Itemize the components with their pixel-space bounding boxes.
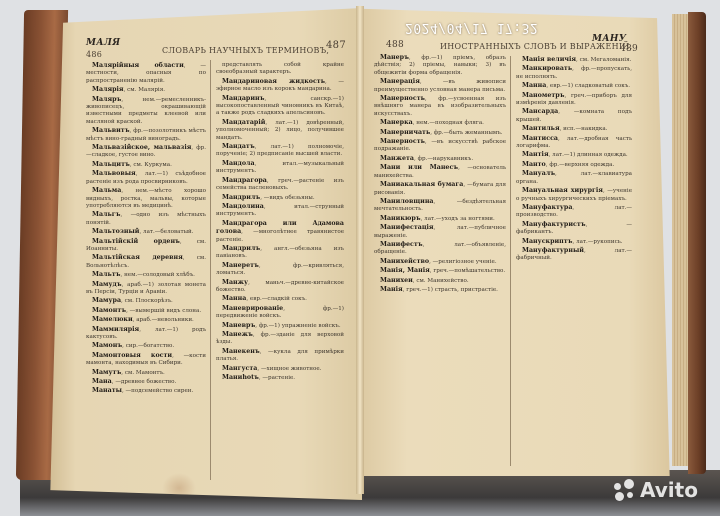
entry-definition: араб.—невольники.: [136, 317, 194, 323]
entry-definition: см. Малярія.: [127, 87, 165, 93]
entry-headword: Маневрированіе: [222, 305, 283, 312]
entry-headword: Мандрилъ: [222, 194, 260, 201]
entry-definition: нем.—походная фляга.: [416, 120, 484, 126]
running-word-right: МАНУ: [592, 34, 626, 44]
dictionary-entry: Манія величія, см. Мегаломанія.: [516, 56, 632, 64]
entry-headword: Манифестація: [380, 224, 434, 231]
entry-headword: Мальцитъ: [92, 161, 130, 168]
entry-headword: Манихейство: [380, 258, 429, 265]
dictionary-entry: Манаты, —подсемейство сирен.: [86, 387, 206, 395]
dictionary-entry: Мандола, итал.—музыкальный инструментъ.: [216, 160, 344, 176]
entry-headword: Мамелюки: [92, 316, 133, 323]
dictionary-entry: Мани или Манесъ, —основатель манихейства…: [374, 164, 506, 180]
dictionary-entry: Мануфактурный, лат.—фабричный.: [516, 247, 632, 263]
entry-headword: Манжу: [222, 279, 248, 286]
dictionary-entry: Манія, Манія, греч.—помѣшательство.: [374, 267, 506, 275]
left-page-column-1: Малярійныя области, —местности, опасныя …: [86, 62, 206, 397]
dictionary-entry: Мамонтъ, —вымершій видъ слона.: [86, 307, 206, 315]
book-binding-right: [688, 12, 706, 474]
dictionary-entry: Мальвазійское, мальвазія, фр.—сладкое, г…: [86, 144, 206, 160]
entry-definition: —вымершій видъ слона.: [130, 308, 202, 314]
entry-headword: Маневръ: [222, 322, 255, 329]
entry-definition: фр.—быть жеманнымъ.: [434, 130, 503, 136]
entry-headword: Малярійныя области: [92, 62, 184, 69]
dictionary-entry: Манкировать, фр.—пропускать, не исполнят…: [516, 65, 632, 81]
dictionary-entry: Мамонтовыя кости, —кости мамонта, находи…: [86, 352, 206, 368]
entry-headword: Манія величія: [522, 56, 576, 63]
entry-headword: Мана: [92, 378, 112, 385]
dictionary-entry: Маммилярія, лат.—1) родъ кактусовъ.: [86, 326, 206, 342]
entry-definition: исп.—накидка.: [563, 126, 607, 132]
dictionary-entry: Манекенъ, —кукла для примѣрки платья.: [216, 348, 344, 364]
entry-headword: Манерничать: [380, 129, 430, 136]
dictionary-entry: Мамудъ, араб.—1) золотая монета въ Персі…: [86, 281, 206, 297]
entry-headword: Мандола: [222, 160, 255, 167]
entry-definition: см. Плоскорѣзъ.: [125, 298, 173, 304]
dictionary-entry: Маниловщина, —бездѣятельная мечтательнос…: [374, 198, 506, 214]
entry-headword: Маниhotъ: [222, 374, 259, 381]
column-rule: [210, 60, 211, 480]
entry-definition: —хищное животное.: [261, 366, 322, 372]
dictionary-entry: Манжу, маньч.—древне-китайское божество.: [216, 279, 344, 295]
entry-headword: Мальвитъ: [92, 127, 130, 134]
entry-definition: —подсемейство сирен.: [126, 388, 194, 394]
dictionary-entry: Мамутъ, см. Мамонтъ.: [86, 369, 206, 377]
entry-headword: Мандолина: [222, 203, 264, 210]
entry-headword: Манерація: [380, 78, 420, 85]
entry-headword: Мансарда: [522, 108, 558, 115]
dictionary-entry: Манускриптъ, лат.—рукопись.: [516, 238, 632, 246]
entry-headword: Мануфактурный: [522, 247, 584, 254]
avito-wordmark: Avito: [640, 478, 698, 502]
entry-headword: Маммилярія: [92, 326, 139, 333]
dictionary-entry: Маневръ, фр.—1) упражненіе войскъ.: [216, 322, 344, 330]
dictionary-entry: Мансарда, —комната подъ крышей.: [516, 108, 632, 124]
entry-headword: Манаты: [92, 387, 122, 394]
entry-definition: см. Куркума.: [133, 162, 172, 168]
dictionary-entry: Манеретъ, фр.—кривляться, ломаться.: [216, 262, 344, 278]
dictionary-entry: Мамонъ, сир.—богатство.: [86, 342, 206, 350]
page-number-left-of-spread: 488: [386, 40, 404, 50]
entry-headword: Мандариновая жидкость: [222, 78, 325, 85]
photo-scene: МАЛЯ 486 СЛОВАРЬ НАУЧНЫХЪ ТЕРМИНОВЪ, 487…: [0, 0, 720, 516]
entry-headword: Мамонтовыя кости: [92, 352, 172, 359]
entry-headword: Мамонтъ: [92, 307, 126, 314]
dictionary-entry: Манна, евр.—сладкій сокъ.: [216, 295, 344, 303]
entry-definition: сир.—богатство.: [126, 343, 174, 349]
entry-headword: Мандатарій: [222, 119, 265, 126]
entry-headword: Мальтъ: [92, 271, 121, 278]
entry-headword: Манеръ: [380, 54, 409, 61]
entry-definition: греч.—1) страсть, пристрастіе.: [406, 287, 498, 293]
entry-headword: Мальтозный: [92, 228, 139, 235]
dictionary-entry: Мальма, нем.—мѣсто хорошо видныхъ, ростк…: [86, 187, 206, 210]
entry-headword: Мальвовыя: [92, 170, 136, 177]
entry-headword: Манерность: [380, 95, 425, 102]
entry-headword: Мани или Манесъ: [380, 164, 458, 171]
dictionary-entry: Маневрированіе, фр.—1) передвиженіе войс…: [216, 305, 344, 321]
entry-definition: —растеніе.: [262, 375, 295, 381]
left-page-column-2: представлять собой крайне своеобразный х…: [216, 62, 344, 383]
entry-headword: Мандатъ: [222, 143, 255, 150]
entry-headword: Мамудъ: [92, 281, 122, 288]
dictionary-entry: Манерка, нем.—походная фляга.: [374, 119, 506, 127]
entry-headword: Мамонъ: [92, 342, 122, 349]
dictionary-entry: Манихеи, см. Манихейство.: [374, 277, 506, 285]
entry-headword: Мандаринъ: [222, 95, 264, 102]
left-page: МАЛЯ 486 СЛОВАРЬ НАУЧНЫХЪ ТЕРМИНОВЪ, 487…: [44, 8, 362, 500]
entry-definition: фр.—верхняя одежда.: [549, 162, 614, 168]
entry-headword: Мальма: [92, 187, 121, 194]
entry-headword: Маниловщина: [380, 198, 434, 205]
dictionary-entry: Мандатарій, лат.—1) довѣренный, уполномо…: [216, 119, 344, 142]
dictionary-entry: Манометръ, греч.—приборъ для измѣренія д…: [516, 92, 632, 108]
dictionary-entry: Манифестація, лат.—публичное выраженіе.: [374, 224, 506, 240]
photo-timestamp: 2024/04/17 17:32: [405, 20, 538, 35]
dictionary-entry: Мальвовыя, лат.—1) съѣдобное растеніе из…: [86, 170, 206, 186]
entry-headword: Манеретъ: [222, 262, 259, 269]
entry-headword: Мамура: [92, 297, 121, 304]
entry-headword: Манто: [522, 161, 546, 168]
page-title-left: СЛОВАРЬ НАУЧНЫХЪ ТЕРМИНОВЪ,: [162, 46, 329, 55]
entry-headword: Маникюръ: [380, 215, 421, 222]
entry-definition: —древнее божество.: [115, 379, 176, 385]
entry-headword: Манежъ: [222, 331, 253, 338]
dictionary-entry: Манто, фр.—верхняя одежда.: [516, 161, 632, 169]
avito-logo-icon: [614, 479, 636, 501]
dictionary-entry: Мальтозный, лат.—беловатый.: [86, 228, 206, 236]
entry-headword: Мануфактура: [522, 204, 572, 211]
right-page: 488 ИНОСТРАННЫХЪ СЛОВЪ И ВЫРАЖЕНІЙ. МАНУ…: [360, 4, 676, 476]
dictionary-entry: Мангуста, —хищное животное.: [216, 365, 344, 373]
dictionary-entry: Мальвитъ, фр.—позолотникъ мѣстъ мѣстъ ви…: [86, 127, 206, 143]
entry-headword: Мандрилъ: [222, 245, 260, 252]
dictionary-entry: Маниакальная бумага, —бумага для рисован…: [374, 181, 506, 197]
entry-headword: Мальвазійское, мальвазія: [92, 144, 191, 151]
dictionary-entry: Мандрилъ, англ.—обезьяна изъ павіановъ.: [216, 245, 344, 261]
right-page-column-2: Манія величія, см. Мегаломанія.Манкирова…: [516, 56, 632, 264]
entry-definition: представлять собой крайне своеобразный х…: [216, 62, 344, 75]
entry-headword: Малярія: [92, 86, 124, 93]
entry-headword: Манифестъ: [380, 241, 423, 248]
dictionary-entry: Манна, евр.—1) сладковатый сокъ.: [516, 82, 632, 90]
entry-definition: нем.—солодовый хлѣбъ.: [124, 272, 195, 278]
dictionary-entry: Мальгъ, —одно изъ мѣстныхъ понятій.: [86, 211, 206, 227]
entry-headword: Манекенъ: [222, 348, 260, 355]
dictionary-entry: Манжета, фр.—нарукавникъ.: [374, 155, 506, 163]
entry-definition: греч.—помѣшательство.: [433, 268, 505, 274]
dictionary-entry: Манихейство, —религіозное ученіе.: [374, 258, 506, 266]
dictionary-entry: Мандрагора, греч.—растеніе изъ семейства…: [216, 177, 344, 193]
column-rule: [510, 56, 511, 466]
dictionary-entry: Мануфактура, лат.—производство.: [516, 204, 632, 220]
entry-definition: —видъ обезьяны.: [264, 195, 315, 201]
entry-headword: Манія: [380, 286, 403, 293]
entry-headword: Манометръ: [522, 92, 564, 99]
entry-headword: Маниакальная бумага: [380, 181, 463, 188]
entry-headword: Манія, Манія: [380, 267, 430, 274]
entry-definition: см. Мегаломанія.: [580, 57, 632, 63]
dictionary-entry: Манифестъ, лат.—объявленіе, обращеніе.: [374, 241, 506, 257]
dictionary-entry: Малярійныя области, —местности, опасныя …: [86, 62, 206, 85]
dictionary-entry: Мануалъ, лат.—клавиатура органа.: [516, 170, 632, 186]
dictionary-entry: Манерничать, фр.—быть жеманнымъ.: [374, 129, 506, 137]
entry-definition: евр.—1) сладковатый сокъ.: [550, 83, 630, 89]
dictionary-entry: Мандариновая жидкость, —эфирное масло из…: [216, 78, 344, 94]
page-number-right: 489: [620, 44, 638, 54]
dictionary-entry: Мамура, см. Плоскорѣзъ.: [86, 297, 206, 305]
dictionary-entry: Мандолина, итал.—струнный инструментъ.: [216, 203, 344, 219]
entry-headword: Манускриптъ: [522, 238, 573, 245]
entry-definition: евр.—сладкій сокъ.: [250, 296, 307, 302]
entry-definition: лат.—рукопись.: [576, 239, 623, 245]
dictionary-entry: Маникюръ, лат.—уходъ за ногтями.: [374, 215, 506, 223]
dictionary-entry: Мальтійская деревня, см. Вольнотѣлѣсъ.: [86, 254, 206, 270]
dictionary-entry: Мандаринъ, санскр.—1) высокопоставленный…: [216, 95, 344, 118]
dictionary-entry: Мантисса, лат.—дробная часть логарифма.: [516, 135, 632, 151]
entry-headword: Манкировать: [522, 65, 572, 72]
dictionary-entry: Малярія, см. Малярія.: [86, 86, 206, 94]
dictionary-entry: Маляръ, нем.—ремесленникъ-живописецъ, ок…: [86, 96, 206, 127]
entry-definition: —религіозное ученіе.: [433, 259, 497, 265]
avito-watermark: Avito: [614, 478, 698, 502]
dictionary-entry: Мандрагора или Адамова голова, —многолѣт…: [216, 220, 344, 244]
entry-definition: фр.—1) упражненіе войскъ.: [259, 323, 341, 329]
dictionary-entry: Мамелюки, араб.—невольники.: [86, 316, 206, 324]
dictionary-entry: Мандрилъ, —видъ обезьяны.: [216, 194, 344, 202]
entry-definition: лат.—беловатый.: [143, 229, 194, 235]
entry-definition: лат.—уходъ за ногтями.: [424, 216, 495, 222]
book-gutter: [356, 6, 364, 494]
entry-headword: Мануалъ: [522, 170, 555, 177]
dictionary-entry: Мана, —древнее божество.: [86, 378, 206, 386]
dictionary-entry: Мандатъ, лат.—1) полномочіе, порученіе; …: [216, 143, 344, 159]
entry-headword: Манерка: [380, 119, 413, 126]
dictionary-entry: Мантилья, исп.—накидка.: [516, 125, 632, 133]
entry-headword: Мантисса: [522, 135, 558, 142]
dictionary-entry: Мануфактуристъ, —фабрикантъ.: [516, 221, 632, 237]
entry-headword: Мантилья: [522, 125, 560, 132]
entry-headword: Манерность: [380, 138, 425, 145]
dictionary-entry: Мануальная хирургія, —ученіе о ручныхъ х…: [516, 187, 632, 203]
entry-headword: Манихеи: [380, 277, 413, 284]
dictionary-entry: Манерація, —въ живописи преимущественно …: [374, 78, 506, 94]
dictionary-entry: Мальтійскій орденъ, см. Иоанниты.: [86, 238, 206, 254]
right-page-column-1: Манеръ, фр.—1) пріемъ, образъ дѣйствія; …: [374, 54, 506, 295]
dictionary-entry: Мальцитъ, см. Куркума.: [86, 161, 206, 169]
dictionary-entry: представлять собой крайне своеобразный х…: [216, 62, 344, 77]
entry-headword: Манна: [522, 82, 546, 89]
dictionary-entry: Манерность, фр.—усвоенная изъ внѣшняго м…: [374, 95, 506, 118]
page-number-left: 486: [86, 50, 102, 59]
entry-headword: Мальгъ: [92, 211, 120, 218]
entry-headword: Мамутъ: [92, 369, 121, 376]
dictionary-entry: Мальтъ, нем.—солодовый хлѣбъ.: [86, 271, 206, 279]
dictionary-entry: Манерность, —въ искусствѣ рабское подраж…: [374, 138, 506, 154]
entry-definition: лат.—1) длинная одежда.: [552, 152, 628, 158]
entry-headword: Мандрагора: [222, 177, 267, 184]
entry-headword: Мальтійскій орденъ: [92, 238, 180, 245]
entry-headword: Манна: [222, 295, 246, 302]
entry-headword: Мантія: [522, 151, 549, 158]
dictionary-entry: Манія, греч.—1) страсть, пристрастіе.: [374, 286, 506, 294]
entry-definition: фр.—нарукавникъ.: [418, 156, 474, 162]
dictionary-entry: Манежъ, фр.—зданіе для верховой ѣзды.: [216, 331, 344, 347]
dictionary-entry: Маниhotъ, —растеніе.: [216, 374, 344, 382]
entry-headword: Мальтійская деревня: [92, 254, 183, 261]
entry-headword: Мангуста: [222, 365, 257, 372]
dictionary-entry: Мантія, лат.—1) длинная одежда.: [516, 151, 632, 159]
entry-definition: см. Мамонтъ.: [125, 370, 165, 376]
entry-definition: см. Манихейство.: [416, 278, 468, 284]
entry-headword: Маляръ: [92, 96, 121, 103]
page-number-right-of-spread: 487: [326, 40, 346, 51]
dictionary-entry: Манеръ, фр.—1) пріемъ, образъ дѣйствія; …: [374, 54, 506, 77]
running-word-left: МАЛЯ: [86, 38, 120, 48]
entry-headword: Мануальная хирургія: [522, 187, 603, 194]
entry-headword: Мануфактуристъ: [522, 221, 586, 228]
entry-headword: Манжета: [380, 155, 414, 162]
